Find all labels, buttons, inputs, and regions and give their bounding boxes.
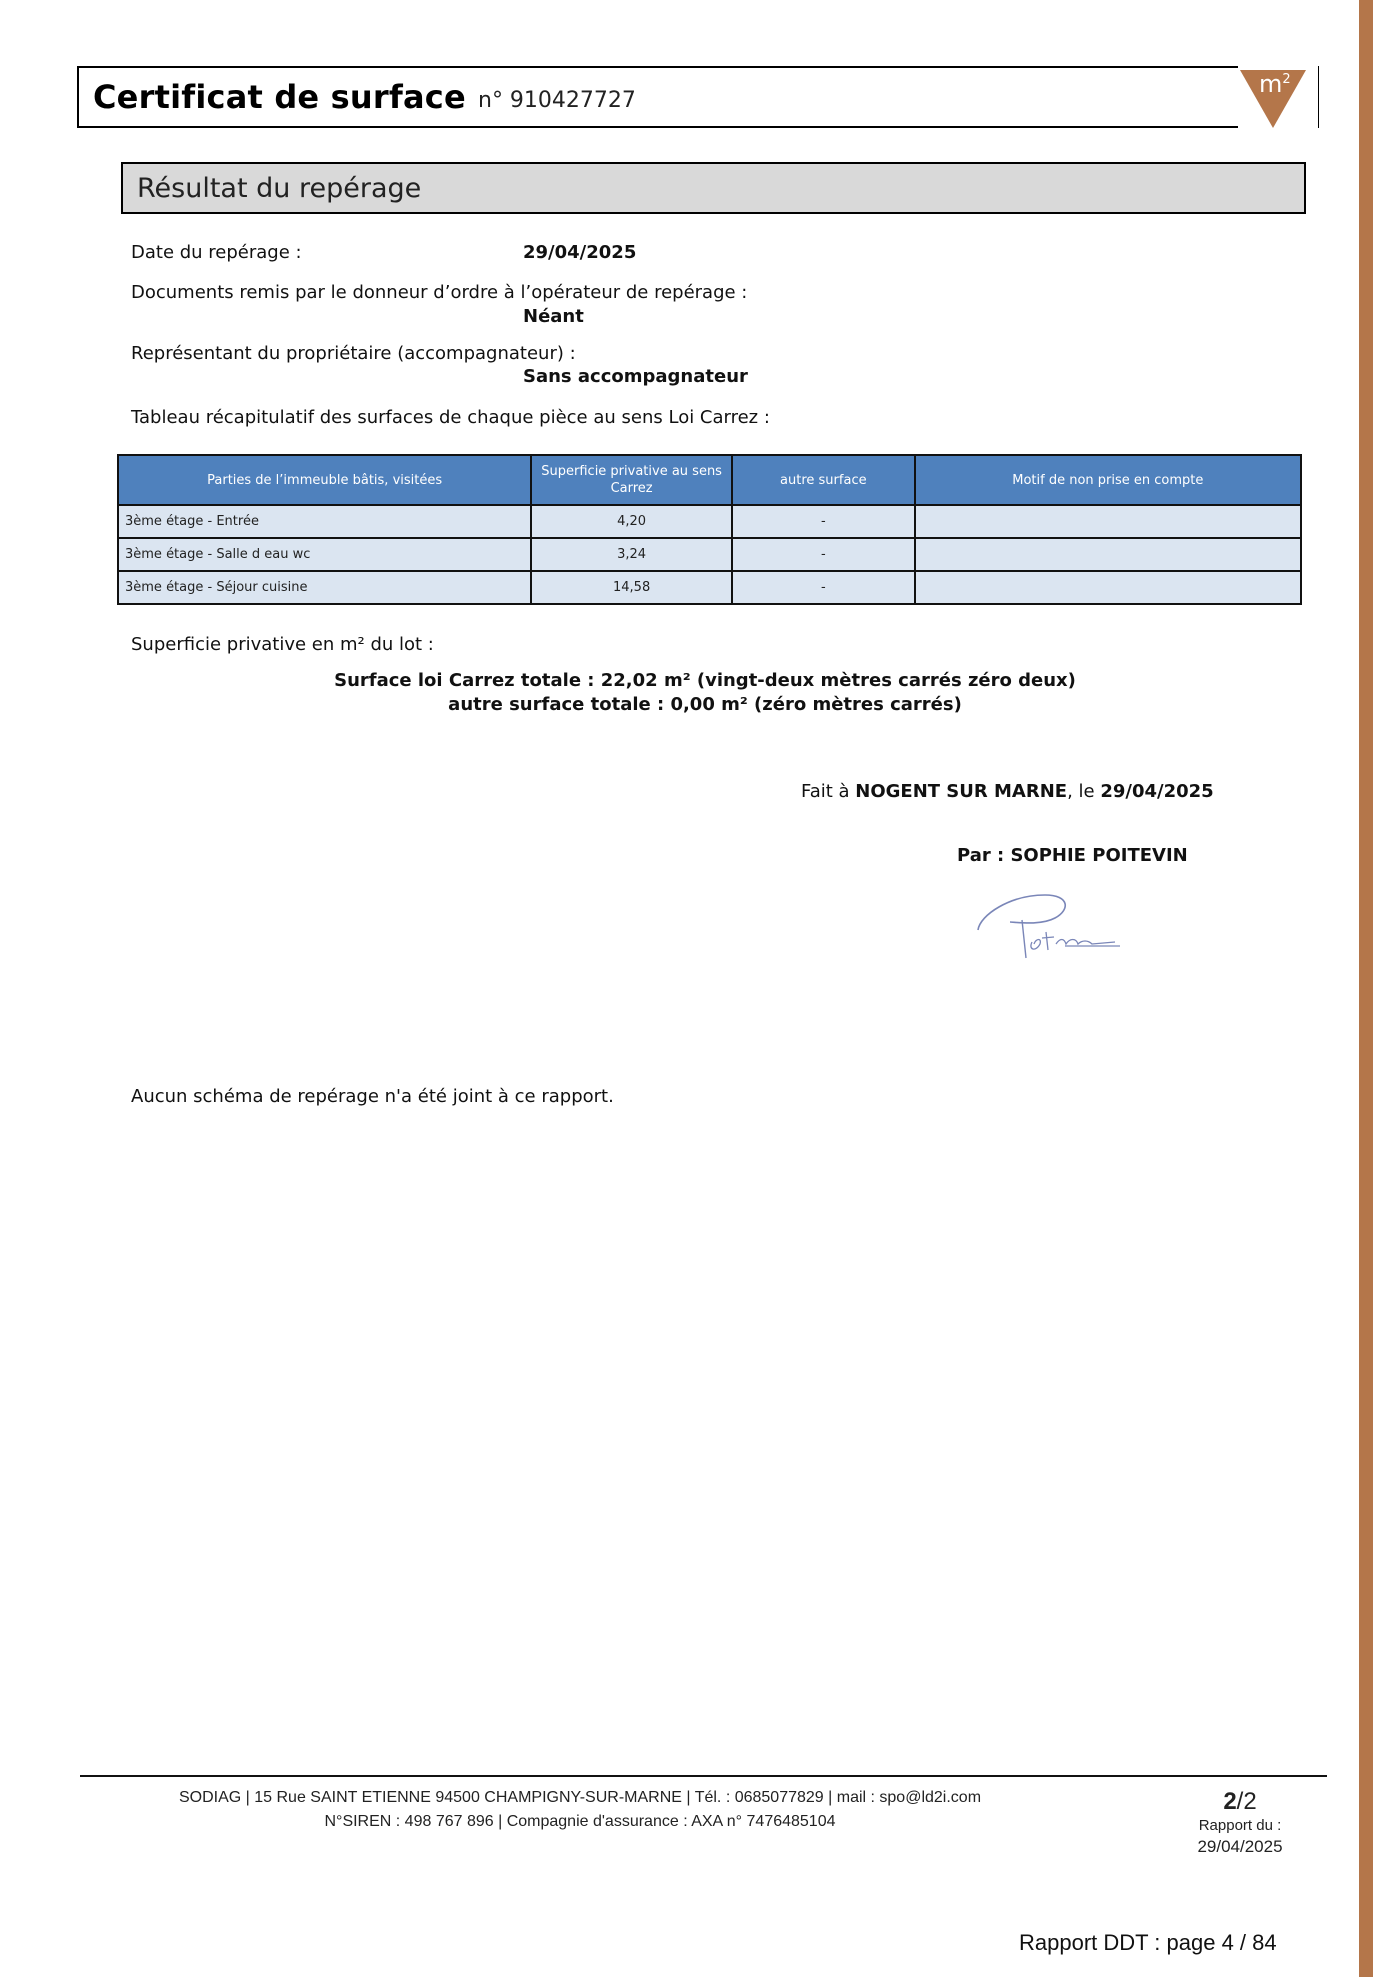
certificate-header: Certificat de surface n° 910427727 [77, 66, 1319, 128]
section-header: Résultat du repérage [121, 162, 1306, 214]
column-header-autre-surface: autre surface [732, 455, 915, 505]
logo-letter: m [1259, 70, 1282, 98]
representant-label: Représentant du propriétaire (accompagna… [131, 343, 576, 364]
cell-piece: 3ème étage - Entrée [118, 505, 531, 538]
column-header-parties: Parties de l’immeuble bâtis, visitées [118, 455, 531, 505]
cell-piece: 3ème étage - Séjour cuisine [118, 571, 531, 604]
footer-page-info: 2/2 Rapport du : 29/04/2025 [1190, 1788, 1290, 1858]
page-total: /2 [1237, 1788, 1257, 1815]
footer-siren-line: N°SIREN : 498 767 896 | Compagnie d'assu… [0, 1813, 1160, 1831]
cell-superficie: 4,20 [531, 505, 732, 538]
fait-city: NOGENT SUR MARNE [855, 781, 1067, 802]
side-accent-strip [1359, 0, 1373, 1977]
signed-by: Par : SOPHIE POITEVIN [957, 845, 1188, 866]
section-title: Résultat du repérage [137, 173, 421, 204]
certificate-title: Certificat de surface [93, 78, 466, 116]
footer-divider [80, 1775, 1327, 1777]
representant-value: Sans accompagnateur [523, 366, 748, 387]
tableau-label: Tableau récapitulatif des surfaces de ch… [131, 407, 770, 428]
rapport-date: 29/04/2025 [1190, 1836, 1290, 1858]
surfaces-table: Parties de l’immeuble bâtis, visitées Su… [117, 454, 1302, 605]
documents-value: Néant [523, 306, 584, 327]
cell-piece: 3ème étage - Salle d eau wc [118, 538, 531, 571]
cell-superficie: 14,58 [531, 571, 732, 604]
date-label: Date du repérage : [131, 242, 302, 263]
fait-prefix: Fait à [801, 781, 855, 802]
column-header-superficie: Superficie privative au sens Carrez [531, 455, 732, 505]
cell-autre-surface: - [732, 571, 915, 604]
cell-motif [915, 505, 1301, 538]
logo-superscript: 2 [1282, 72, 1290, 87]
total-carrez: Surface loi Carrez totale : 22,02 m² (vi… [0, 670, 1373, 691]
fait-le: , le [1067, 781, 1100, 802]
schema-note: Aucun schéma de repérage n'a été joint à… [131, 1086, 614, 1107]
rapport-label: Rapport du : [1190, 1816, 1290, 1836]
cell-motif [915, 571, 1301, 604]
logo-text: m2 [1259, 70, 1291, 98]
page-counter: 2/2 [1190, 1788, 1290, 1816]
cell-motif [915, 538, 1301, 571]
fait-a-line: Fait à NOGENT SUR MARNE, le 29/04/2025 [801, 781, 1214, 802]
column-header-motif: Motif de non prise en compte [915, 455, 1301, 505]
table-row: 3ème étage - Séjour cuisine 14,58 - [118, 571, 1301, 604]
surfaces-table-wrapper: Parties de l’immeuble bâtis, visitées Su… [117, 454, 1302, 605]
superficie-lot-label: Superficie privative en m² du lot : [131, 634, 434, 655]
footer-company-line: SODIAG | 15 Rue SAINT ETIENNE 94500 CHAM… [0, 1789, 1160, 1807]
table-row: 3ème étage - Salle d eau wc 3,24 - [118, 538, 1301, 571]
table-header-row: Parties de l’immeuble bâtis, visitées Su… [118, 455, 1301, 505]
page-current: 2 [1223, 1788, 1236, 1815]
fait-date: 29/04/2025 [1100, 781, 1213, 802]
certificate-number: n° 910427727 [478, 88, 636, 113]
handwritten-signature-icon [970, 880, 1130, 960]
ddt-page-indicator: Rapport DDT : page 4 / 84 [1019, 1930, 1277, 1956]
cell-autre-surface: - [732, 505, 915, 538]
table-row: 3ème étage - Entrée 4,20 - [118, 505, 1301, 538]
documents-label: Documents remis par le donneur d’ordre à… [131, 282, 747, 303]
cell-superficie: 3,24 [531, 538, 732, 571]
total-autre-surface: autre surface totale : 0,00 m² (zéro mèt… [0, 694, 1373, 715]
date-value: 29/04/2025 [523, 242, 636, 263]
cell-autre-surface: - [732, 538, 915, 571]
